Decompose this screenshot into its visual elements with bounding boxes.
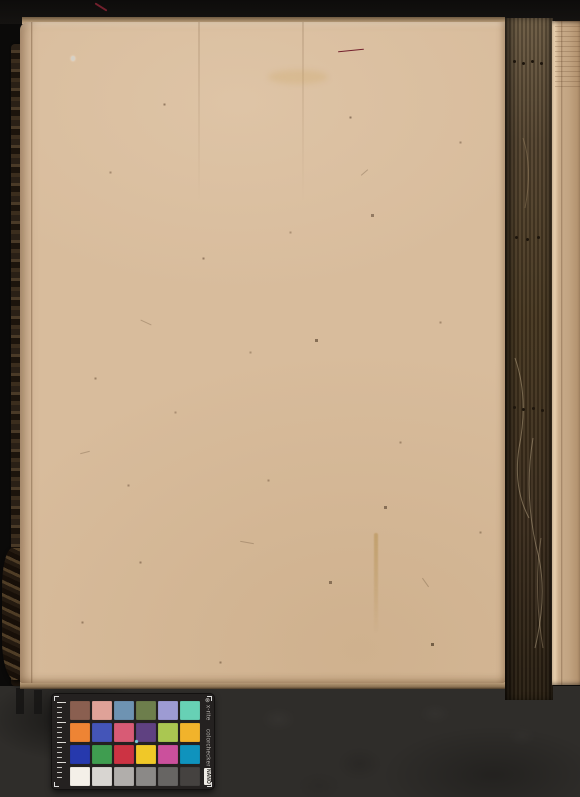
color-patch xyxy=(92,767,112,786)
fiber-strands xyxy=(505,18,553,700)
page-bottom-edge xyxy=(20,682,505,689)
paper-crease xyxy=(302,22,304,202)
color-patch xyxy=(158,701,178,720)
page-edge-lines xyxy=(555,21,580,91)
colorchecker-grid xyxy=(70,701,200,786)
color-patch xyxy=(136,723,156,742)
cast-shadow xyxy=(16,688,46,714)
hinge-crease xyxy=(31,22,33,683)
color-patch xyxy=(92,723,112,742)
stitch-hole xyxy=(522,408,525,411)
facing-page-edge xyxy=(552,21,580,685)
stitch-hole xyxy=(526,238,529,241)
stitch-hole xyxy=(513,406,516,409)
fiducial-mark xyxy=(207,696,212,701)
color-patch xyxy=(136,701,156,720)
color-patch xyxy=(114,701,134,720)
color-patch xyxy=(180,723,200,742)
blank-book-page xyxy=(20,22,505,683)
stitch-hole xyxy=(541,409,544,412)
brand-text: x-rite xyxy=(205,705,211,721)
fiducial-mark xyxy=(54,782,59,787)
color-patch xyxy=(70,745,90,764)
color-patch xyxy=(92,745,112,764)
paper-fiber xyxy=(361,169,369,176)
paper-specks xyxy=(20,22,21,23)
color-patch xyxy=(70,723,90,742)
color-patch xyxy=(136,767,156,786)
paper-crease xyxy=(198,22,200,202)
color-patch xyxy=(70,767,90,786)
paper-fiber xyxy=(240,541,254,544)
paper-fiber xyxy=(80,451,90,455)
color-patch xyxy=(180,767,200,786)
fiducial-mark xyxy=(207,782,212,787)
photo-canvas: ⊗ x-rite colorchecker NANO xyxy=(0,0,580,797)
paper-fiber xyxy=(422,578,429,588)
color-patch xyxy=(158,723,178,742)
product-text: colorchecker xyxy=(205,729,211,767)
stitch-hole xyxy=(532,407,535,410)
color-patch xyxy=(180,701,200,720)
stitch-hole xyxy=(531,60,534,63)
page-edge-crease xyxy=(561,21,563,685)
color-patch xyxy=(180,745,200,764)
paper-fiber xyxy=(140,320,151,326)
color-patch xyxy=(114,723,134,742)
stitch-hole xyxy=(515,236,518,239)
product-block: colorchecker NANO xyxy=(204,729,211,785)
dust-speck xyxy=(71,56,75,61)
fiducial-mark xyxy=(54,696,59,701)
stitch-hole xyxy=(537,236,540,239)
ruler-major-ticks xyxy=(57,702,66,781)
color-patch xyxy=(92,701,112,720)
colorchecker-target: ⊗ x-rite colorchecker NANO xyxy=(52,694,214,789)
stitch-hole xyxy=(513,60,516,63)
color-patch xyxy=(114,767,134,786)
color-patch xyxy=(158,767,178,786)
color-patch xyxy=(136,745,156,764)
brand-block: ⊗ x-rite xyxy=(205,698,211,721)
stitch-hole xyxy=(522,62,525,65)
registration-dot xyxy=(135,740,138,743)
colorchecker-labels: ⊗ x-rite colorchecker NANO xyxy=(202,698,213,785)
book-gutter xyxy=(505,18,553,700)
color-patch xyxy=(70,701,90,720)
color-patch xyxy=(158,745,178,764)
paper-stain xyxy=(268,70,328,84)
color-patch xyxy=(114,745,134,764)
stitch-hole xyxy=(540,62,543,65)
paper-stain-drip xyxy=(374,533,378,633)
